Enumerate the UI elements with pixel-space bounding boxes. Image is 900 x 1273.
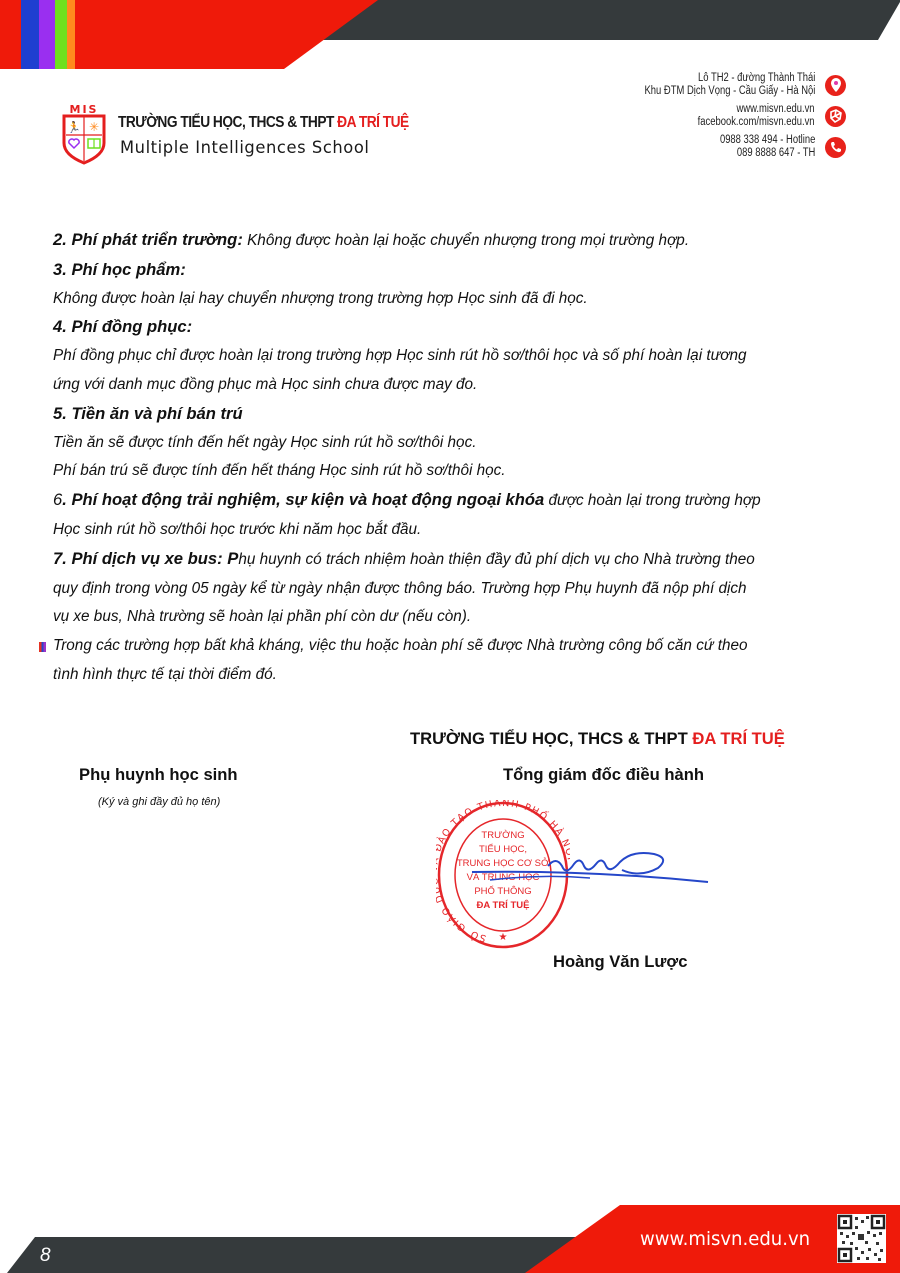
- facebook-link[interactable]: facebook.com/misvn.edu.vn: [698, 116, 815, 129]
- contact-address: Lô TH2 - đường Thành Thái Khu ĐTM Dịch V…: [546, 72, 846, 98]
- contact-block: Lô TH2 - đường Thành Thái Khu ĐTM Dịch V…: [546, 72, 846, 165]
- parent-signature-note: (Ký và ghi đầy đủ họ tên): [98, 796, 220, 808]
- school-logo: MIS 🏃 ✳: [61, 103, 107, 165]
- section-6-text-1: được hoàn lại trong trường hợp: [544, 492, 760, 509]
- section-6-number: 6: [53, 490, 62, 509]
- parent-signature-title: Phụ huynh học sinh: [79, 765, 238, 785]
- section-7-text-1: hụ huynh có trách nhiệm hoàn thiện đầy đ…: [238, 551, 754, 568]
- section-4-text-1: Phí đồng phục chỉ được hoàn lại trong tr…: [53, 342, 853, 371]
- refund-policy-content: 2. Phí phát triển trường: Không được hoà…: [53, 226, 853, 690]
- address-line-1: Lô TH2 - đường Thành Thái: [644, 72, 815, 85]
- svg-text:ĐA TRÍ TUỆ: ĐA TRÍ TUỆ: [477, 899, 530, 911]
- globe-network-icon: [825, 106, 846, 127]
- tricolor-bullet-icon: [39, 642, 46, 652]
- footer-website-link[interactable]: www.misvn.edu.vn: [640, 1228, 810, 1250]
- top-banner: [0, 0, 900, 69]
- director-role-title: Tổng giám đốc điều hành: [503, 765, 704, 785]
- location-pin-icon: [825, 75, 846, 96]
- section-5-title: 5. Tiền ăn và phí bán trú: [53, 400, 853, 429]
- section-6: 6. Phí hoạt động trải nghiệm, sự kiện và…: [53, 486, 853, 516]
- section-4-text-2: ứng với danh mục đồng phục mà Học sinh c…: [53, 371, 853, 400]
- section-7-title: 7. Phí dịch vụ xe bus: P: [53, 549, 238, 568]
- address-line-2: Khu ĐTM Dịch Vọng - Cầu Giấy - Hà Nội: [644, 85, 815, 98]
- section-6-text-2: Học sinh rút hồ sơ/thôi học trước khi nă…: [53, 516, 853, 545]
- note-text-2: tình hình thực tế tại thời điểm đó.: [53, 661, 853, 690]
- school-name: TRƯỜNG TIỂU HỌC, THCS & THPT ĐA TRÍ TUỆ: [118, 114, 409, 132]
- svg-text:✳: ✳: [89, 120, 99, 134]
- section-7: 7. Phí dịch vụ xe bus: Phụ huynh có trác…: [53, 545, 853, 575]
- hotline-number: 0988 338 494 - Hotline: [720, 134, 815, 147]
- contact-phone: 0988 338 494 - Hotline 089 8888 647 - TH: [546, 134, 846, 160]
- section-2: 2. Phí phát triển trường: Không được hoà…: [53, 226, 853, 256]
- section-5-text-2: Phí bán trú sẽ được tính đến hết tháng H…: [53, 457, 853, 486]
- phone-icon: [825, 137, 846, 158]
- school-subtitle: Multiple Intelligences School: [120, 138, 370, 158]
- signature-school-name: TRƯỜNG TIỂU HỌC, THCS & THPT ĐA TRÍ TUỆ: [410, 729, 785, 749]
- svg-text:MIS: MIS: [70, 103, 99, 116]
- section-6-title: . Phí hoạt động trải nghiệm, sự kiện và …: [62, 490, 544, 509]
- section-3-text: Không được hoàn lại hay chuyển nhượng tr…: [53, 285, 853, 314]
- section-4-title: 4. Phí đồng phục:: [53, 313, 853, 342]
- signer-name: Hoàng Văn Lược: [553, 952, 687, 972]
- th-number: 089 8888 647 - TH: [720, 147, 815, 160]
- section-3-title: 3. Phí học phẩm:: [53, 256, 853, 285]
- section-5-text-1: Tiền ăn sẽ được tính đến hết ngày Học si…: [53, 429, 853, 458]
- qr-code[interactable]: [837, 1214, 886, 1263]
- section-2-text: Không được hoàn lại hoặc chuyển nhượng t…: [243, 232, 689, 249]
- website-link[interactable]: www.misvn.edu.vn: [698, 103, 815, 116]
- contact-web: www.misvn.edu.vn facebook.com/misvn.edu.…: [546, 103, 846, 129]
- svg-text:★: ★: [499, 932, 508, 943]
- page-number: 8: [40, 1245, 51, 1267]
- note-text-1: Trong các trường hợp bất khả kháng, việc…: [53, 637, 748, 654]
- section-2-title: 2. Phí phát triển trường:: [53, 230, 243, 249]
- svg-text:🏃: 🏃: [67, 121, 81, 134]
- force-majeure-note: Trong các trường hợp bất khả kháng, việc…: [53, 632, 853, 661]
- section-7-text-3: vụ xe bus, Nhà trường sẽ hoàn lại phần p…: [53, 603, 853, 632]
- handwritten-signature: [470, 840, 720, 900]
- section-7-text-2: quy định trong vòng 05 ngày kể từ ngày n…: [53, 575, 853, 604]
